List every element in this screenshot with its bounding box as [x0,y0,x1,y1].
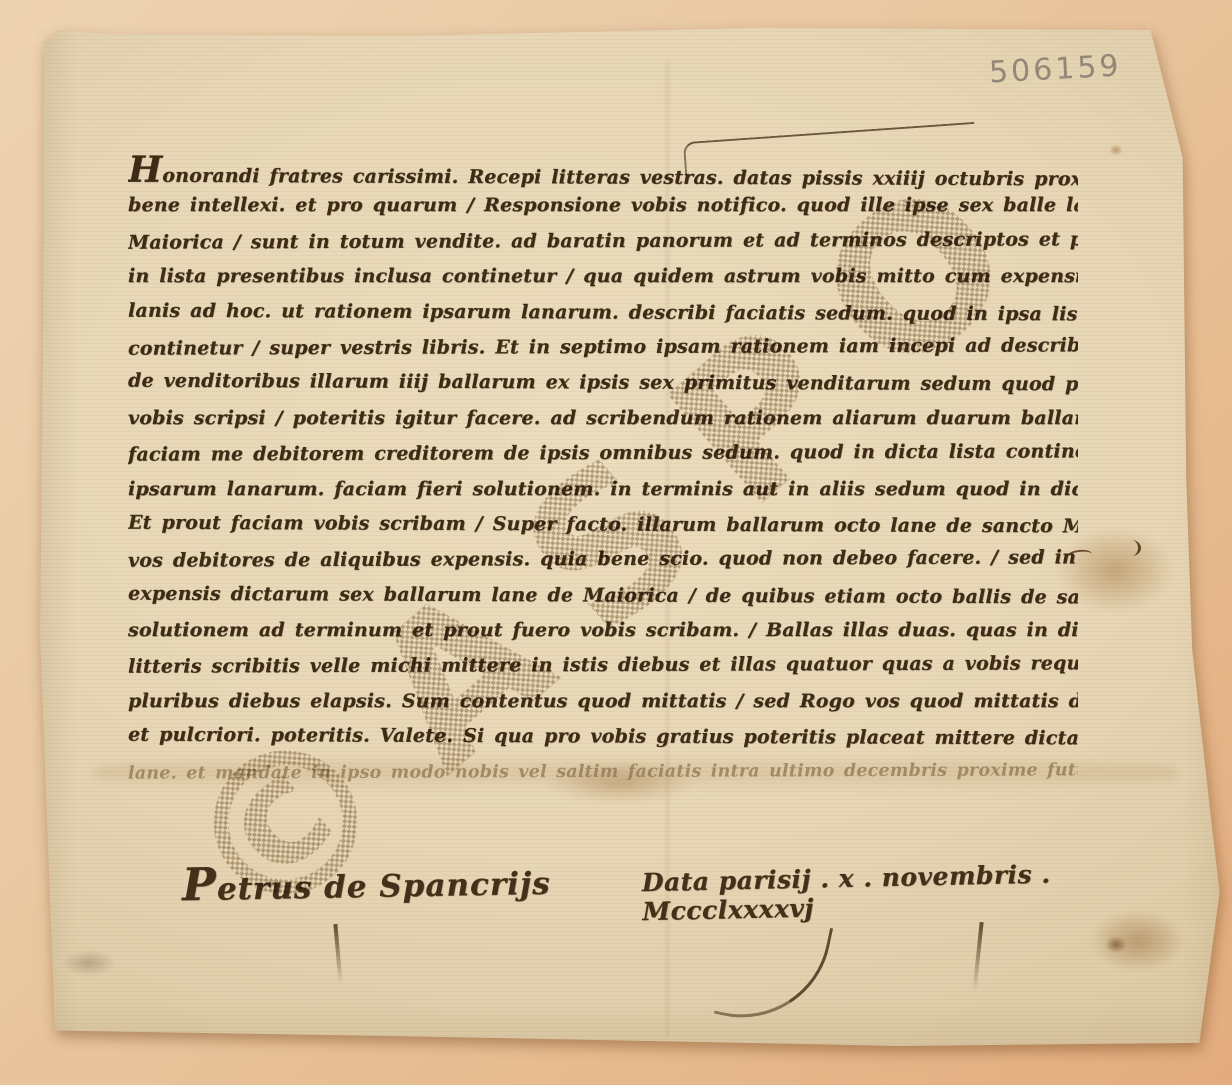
letter-body: Honorandi fratres carissimi. Recepi litt… [128,153,1078,803]
archive-number-pencil: 506159 [988,49,1122,91]
stain-bottom-right-dot [1105,936,1127,953]
stain-bottom-right [1090,910,1186,972]
ink-flourish-signature [333,924,342,984]
body-line: Maiorica / sunt in totum vendite. ad bar… [128,222,1078,261]
letter-sheet-wrapper: 506159 Honorandi fratres carissimi. Rece… [36,22,1228,1048]
body-line: litteris scribitis velle michi mittere i… [128,647,1078,686]
body-line: et pulcriori. poteritis. Valete. Si qua … [128,718,1078,757]
body-line: Honorandi fratres carissimi. Recepi litt… [128,153,1078,191]
body-line: vobis scripsi / poteritis igitur facere.… [128,401,1078,436]
body-line: vos debitores de aliquibus expensis. qui… [128,541,1078,580]
body-line: lanis ad hoc. ut rationem ipsarum lanaru… [128,293,1078,332]
manuscript-sheet: 506159 Honorandi fratres carissimi. Rece… [36,22,1228,1048]
pencil-scuff-bottom-left [62,950,116,976]
dateline: Data parisij . x . novembris . Mccclxxxx… [641,856,1228,926]
ink-flourish-dateline-2 [972,922,983,992]
ink-flourish-dateline [714,908,833,1034]
body-line: de venditoribus illarum iiij ballarum ex… [128,364,1078,403]
body-line: ipsarum lanarum. faciam fieri solutionem… [128,472,1078,507]
postscript-line: lane. et mandate in ipso modo nobis vel … [128,753,1078,792]
ink-hook-mark-2 [1122,540,1141,556]
body-line: pluribus diebus elapsis. Sum contentus q… [128,684,1078,719]
body-line: bene intellexi. et pro quarum / Responsi… [128,188,1078,223]
body-line: continetur / super vestris libris. Et in… [128,328,1078,367]
body-line: Et prout faciam vobis scribam / Super fa… [128,506,1078,545]
stain-speck-top-right [1109,144,1123,156]
body-line: solutionem ad terminum et prout fuero vo… [128,613,1078,648]
body-line: in lista presentibus inclusa continetur … [128,259,1078,294]
body-line: faciam me debitorem creditorem de ipsis … [128,434,1078,473]
signature: Petrus de Spancrijs [182,852,551,911]
body-line: expensis dictarum sex ballarum lane de M… [128,576,1078,615]
